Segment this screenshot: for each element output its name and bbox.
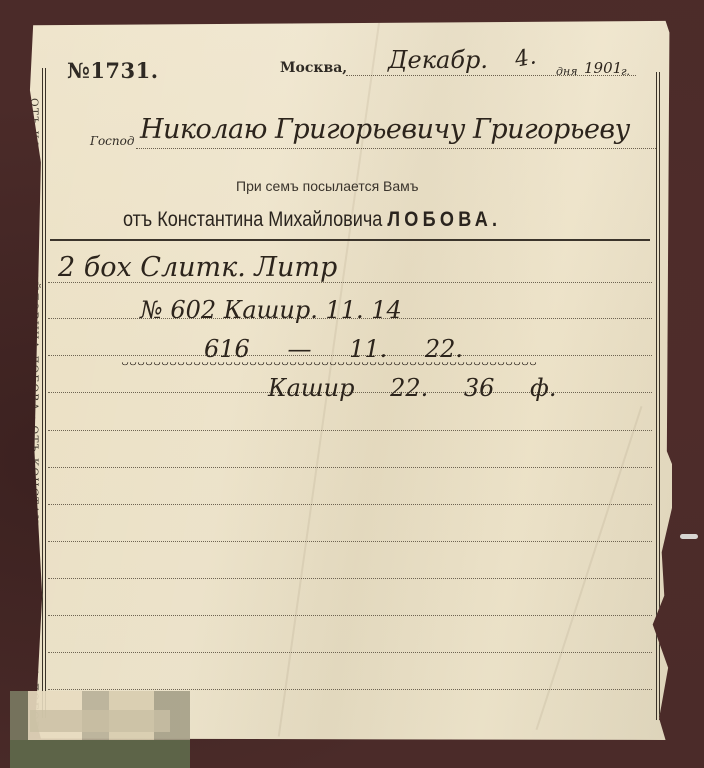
item-line-2: № 602 Кашир. 11. 14 (140, 296, 402, 324)
sender-line: отъ Константина Михайловича ЛОБОВА. (123, 208, 501, 232)
day-label: дня (556, 65, 578, 78)
ruled-line (48, 541, 652, 542)
pixelated-watermark (30, 710, 170, 732)
item-line-1: 2 бох Слитк. Литр (58, 252, 337, 283)
pixelated-watermark (10, 740, 190, 768)
sender-intro: При семъ посылается Вамъ (236, 178, 419, 194)
addressee-dotted-line (136, 148, 656, 149)
ruled-line (48, 504, 652, 505)
day-handwritten: 4. (513, 44, 538, 72)
sum-underline (122, 362, 536, 368)
year-handwritten: 1901 (584, 59, 622, 77)
year-suffix: г. (621, 65, 630, 78)
ruled-line (48, 615, 652, 616)
addressee-name-handwritten: Николаю Григорьевичу Григорьеву (140, 114, 630, 145)
sender-name: Константина Михайловича (157, 208, 382, 231)
item-total: Кашир 22. 36 ф. (268, 374, 556, 402)
fold-crease (536, 406, 643, 730)
ruled-line (48, 430, 652, 431)
city-label: Москва, (280, 60, 347, 76)
ruled-line (48, 578, 652, 579)
item-line-3: 616 — 11. 22. (204, 335, 463, 363)
header-separator (50, 239, 650, 241)
ruled-line (48, 467, 652, 468)
addressee-prefix: Господ (90, 134, 134, 148)
month-handwritten: Декабр. (388, 46, 488, 74)
wire-clip (680, 534, 698, 539)
ruled-line (48, 689, 652, 690)
invoice-number: №1731. (67, 58, 159, 83)
sender-prefix: отъ (123, 208, 152, 231)
ruled-line (48, 652, 652, 653)
sender-surname: ЛОБОВА. (387, 208, 501, 231)
left-border-rule (42, 68, 46, 718)
invoice-paper: ОТЪ КОНСТАНТИНА МИХАЙЛОВИЧА ЛОБОВА · ОТЪ… (28, 18, 672, 740)
